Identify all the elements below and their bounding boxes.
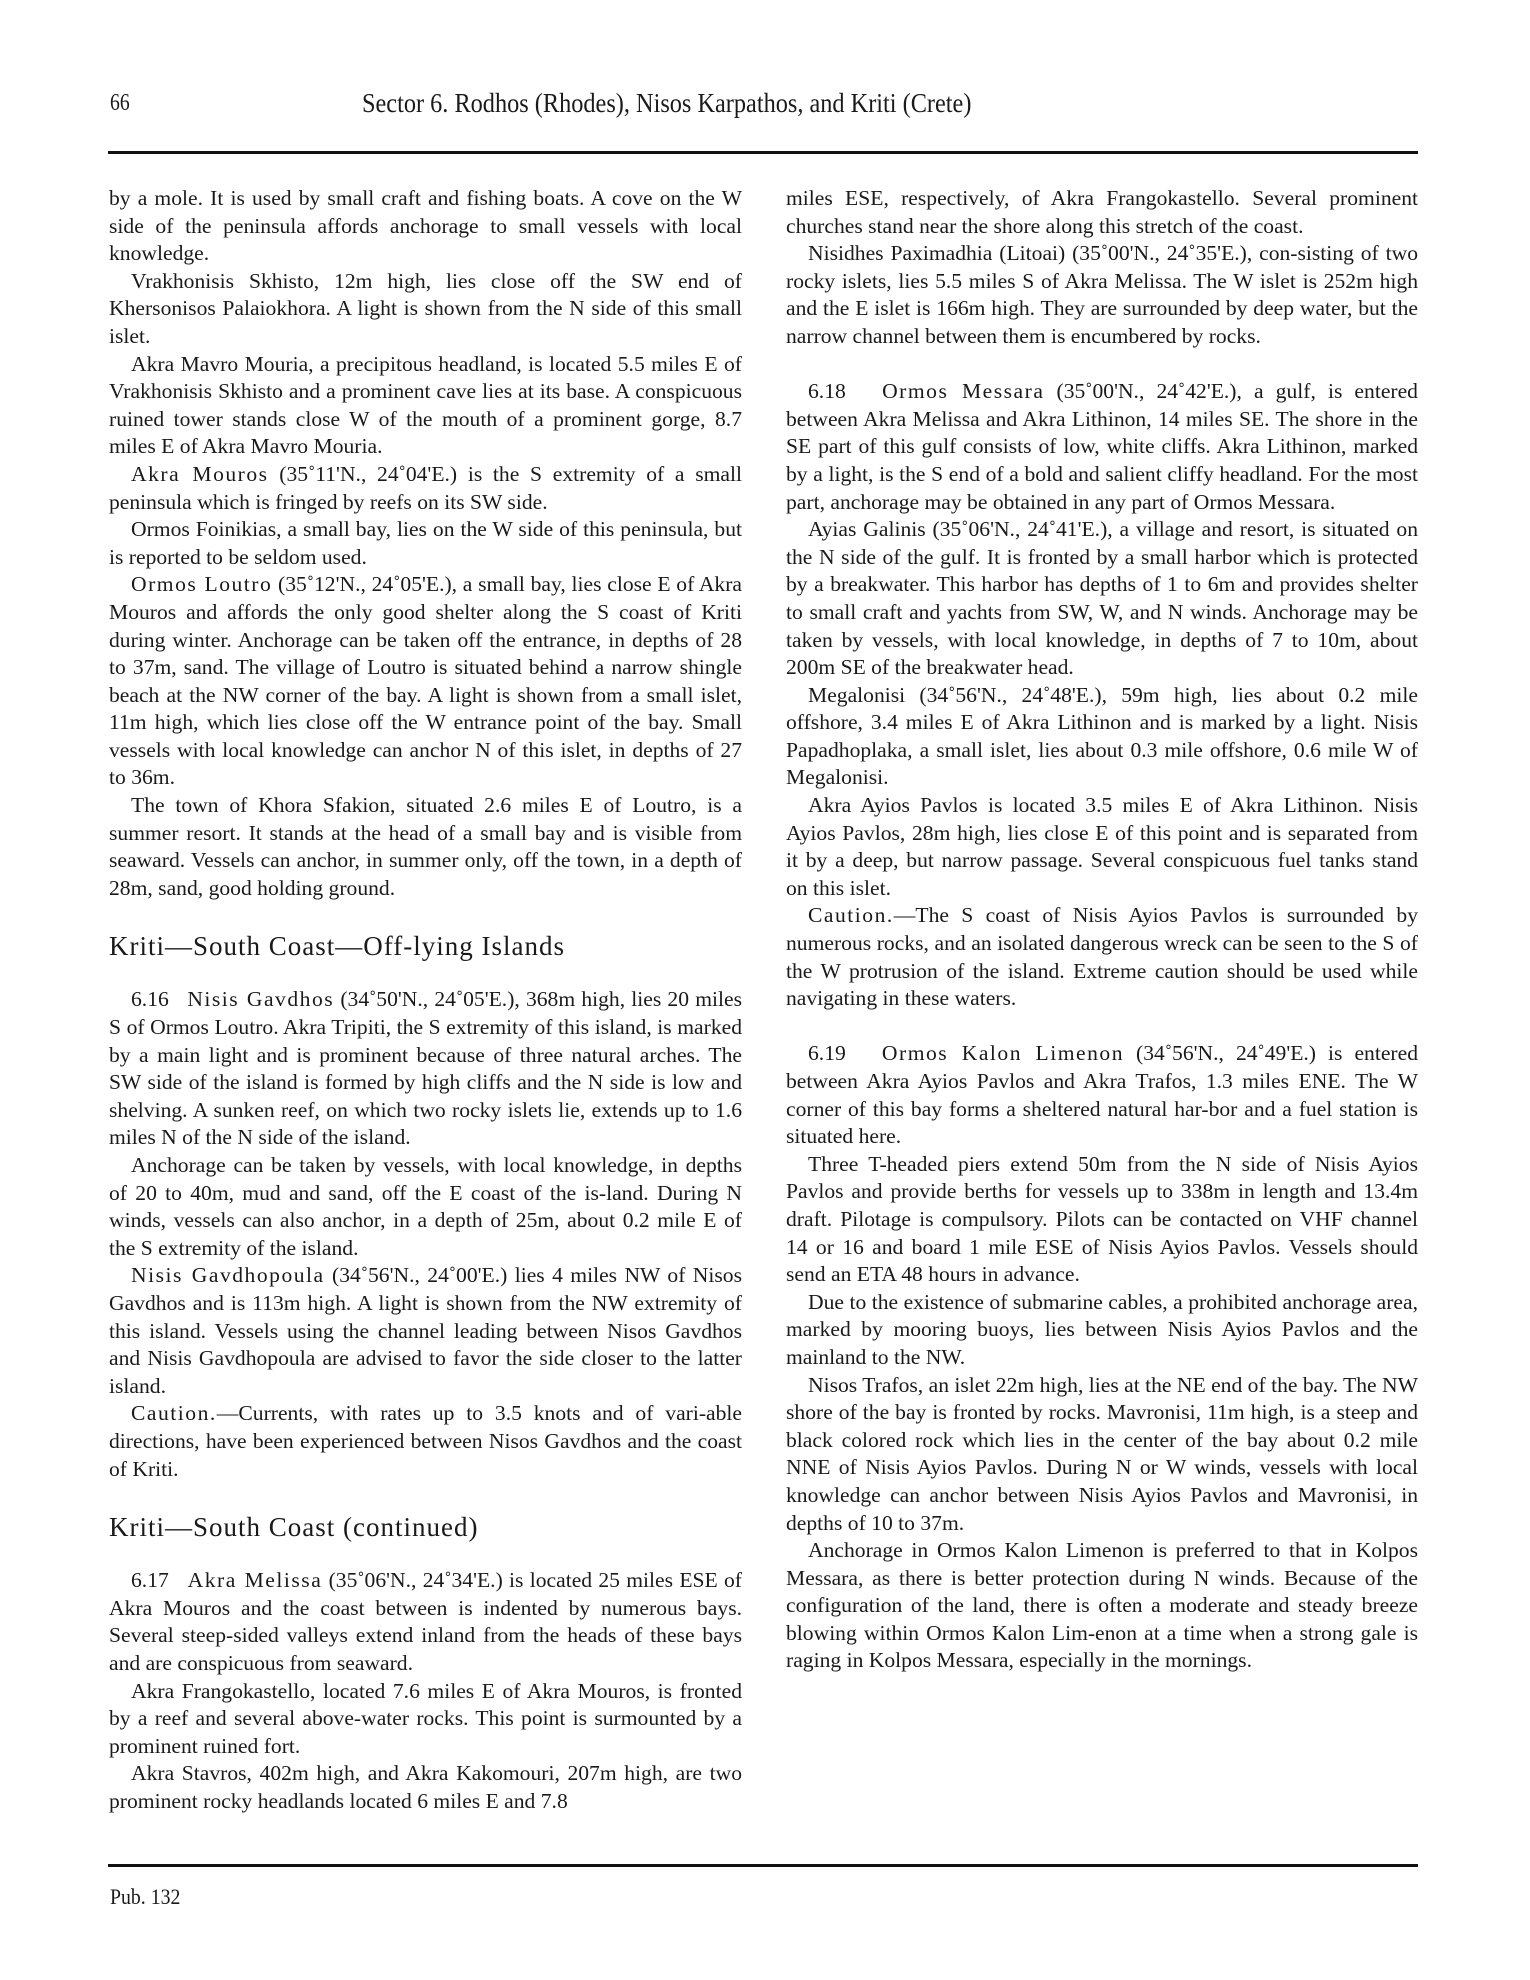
paragraph: Nisis Gavdhopoula (34˚56'N., 24˚00'E.) l… <box>109 1262 742 1400</box>
paragraph: Megalonisi (34˚56'N., 24˚48'E.), 59m hig… <box>786 682 1418 792</box>
running-title: Sector 6. Rodhos (Rhodes), Nisos Karpath… <box>362 88 971 119</box>
place-name: Akra Mouros <box>131 462 269 486</box>
paragraph-text: (34˚50'N., 24˚05'E.), 368m high, lies 20… <box>109 987 742 1149</box>
right-column: miles ESE, respectively, of Akra Frangok… <box>786 185 1418 1675</box>
caution-label: Caution. <box>808 903 894 927</box>
paragraph: Ormos Foinikias, a small bay, lies on th… <box>109 516 742 571</box>
caution-label: Caution. <box>131 1401 217 1425</box>
paragraph-text: (35˚12'N., 24˚05'E.), a small bay, lies … <box>109 572 742 789</box>
paragraph: Three T-headed piers extend 50m from the… <box>786 1151 1418 1289</box>
numbered-paragraph: 6.17 Akra Melissa (35˚06'N., 24˚34'E.) i… <box>109 1567 742 1677</box>
paragraph: Akra Frangokastello, located 7.6 miles E… <box>109 1678 742 1761</box>
paragraph: Vrakhonisis Skhisto, 12m high, lies clos… <box>109 268 742 351</box>
place-name: Nisis Gavdhos <box>187 987 334 1011</box>
paragraph: Nisidhes Paximadhia (Litoai) (35˚00'N., … <box>786 240 1418 350</box>
paragraph: Anchorage in Ormos Kalon Limenon is pref… <box>786 1537 1418 1675</box>
place-name: Ormos Loutro <box>131 572 272 596</box>
paragraph: Akra Mavro Mouria, a precipitous headlan… <box>109 351 742 461</box>
publication-label: Pub. 132 <box>110 1884 180 1910</box>
numbered-paragraph: 6.18 Ormos Messara (35˚00'N., 24˚42'E.),… <box>786 378 1418 516</box>
paragraph: miles ESE, respectively, of Akra Frangok… <box>786 185 1418 240</box>
section-heading: Kriti—South Coast—Off-lying Islands <box>109 931 742 961</box>
paragraph: by a mole. It is used by small craft and… <box>109 185 742 268</box>
paragraph: The town of Khora Sfakion, situated 2.6 … <box>109 792 742 902</box>
paragraph: Akra Ayios Pavlos is located 3.5 miles E… <box>786 792 1418 902</box>
footer-rule <box>108 1864 1418 1867</box>
section-heading: Kriti—South Coast (continued) <box>109 1512 742 1542</box>
caution-paragraph: Caution.—Currents, with rates up to 3.5 … <box>109 1400 742 1483</box>
header-rule <box>108 151 1418 154</box>
left-column: by a mole. It is used by small craft and… <box>109 185 742 1815</box>
paragraph: Akra Mouros (35˚11'N., 24˚04'E.) is the … <box>109 461 742 516</box>
caution-paragraph: Caution.—The S coast of Nisis Ayios Pavl… <box>786 902 1418 1012</box>
section-number: 6.17 <box>131 1568 169 1592</box>
page-number: 66 <box>110 90 130 117</box>
place-name: Ormos Messara <box>882 379 1044 403</box>
section-number: 6.18 <box>808 379 846 403</box>
place-name: Nisis Gavdhopoula <box>131 1263 325 1287</box>
paragraph: Ormos Loutro (35˚12'N., 24˚05'E.), a sma… <box>109 571 742 792</box>
section-number: 6.19 <box>808 1041 846 1065</box>
paragraph: Due to the existence of submarine cables… <box>786 1289 1418 1372</box>
paragraph: Nisos Trafos, an islet 22m high, lies at… <box>786 1372 1418 1538</box>
paragraph: Akra Stavros, 402m high, and Akra Kakomo… <box>109 1760 742 1815</box>
numbered-paragraph: 6.19 Ormos Kalon Limenon (34˚56'N., 24˚4… <box>786 1040 1418 1150</box>
numbered-paragraph: 6.16 Nisis Gavdhos (34˚50'N., 24˚05'E.),… <box>109 986 742 1152</box>
place-name: Akra Melissa <box>188 1568 323 1592</box>
place-name: Ormos Kalon Limenon <box>882 1041 1124 1065</box>
paragraph: Ayias Galinis (35˚06'N., 24˚41'E.), a vi… <box>786 516 1418 682</box>
section-number: 6.16 <box>131 987 169 1011</box>
paragraph: Anchorage can be taken by vessels, with … <box>109 1152 742 1262</box>
paragraph-text: (35˚00'N., 24˚42'E.), a gulf, is entered… <box>786 379 1418 513</box>
